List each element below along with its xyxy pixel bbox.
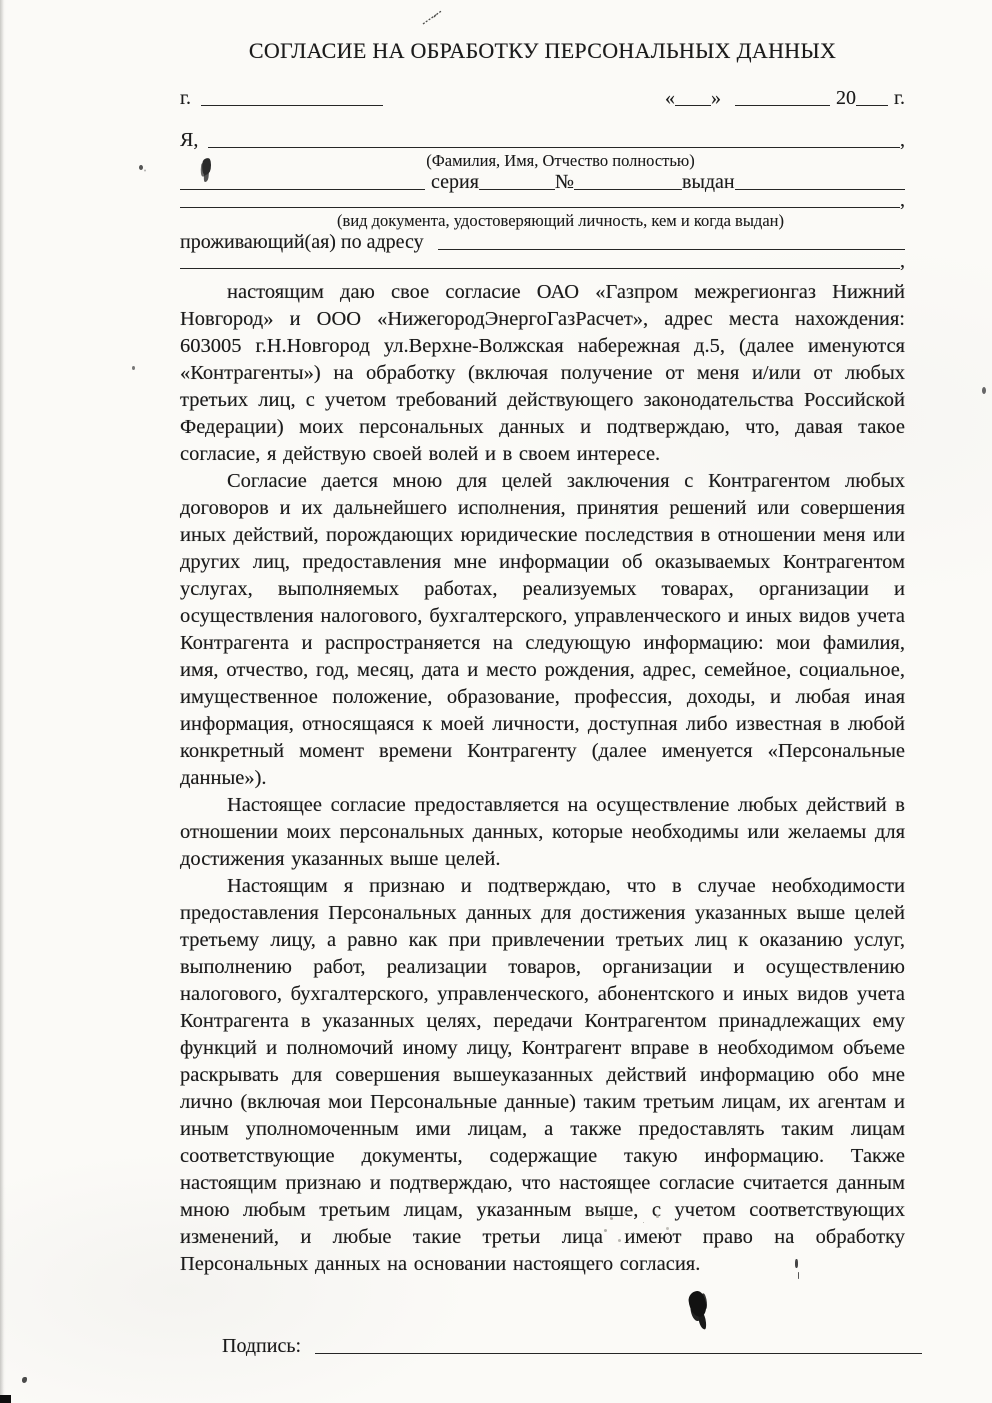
number-blank-field [574,187,682,190]
city-blank-field [201,103,383,106]
series-blank-field [479,187,555,190]
signature-line: Подпись: [222,1330,922,1358]
year-suffix: г. [894,86,905,110]
document-info-blank-field [180,205,900,208]
document-type-blank-field [180,187,425,190]
passport-caption: (вид документа, удостоверяющий личность,… [180,212,905,230]
name-prefix: Я, [180,128,198,152]
address-blank-field [438,247,905,250]
address-continuation-blank-field [180,266,900,269]
issued-by-blank-field [735,187,905,190]
document-info-line: , [180,194,905,212]
day-quote-close: » [711,86,721,110]
name-trailing-comma: , [900,128,905,152]
document-page: СОГЛАСИЕ НА ОБРАБОТКУ ПЕРСОНАЛЬНЫХ ДАННЫ… [0,0,992,1403]
paragraph-third-parties: Настоящим я признаю и подтверждаю, что в… [180,873,905,1278]
name-caption: (Фамилия, Имя, Отчество полностью) [180,152,905,170]
address-trailing-comma: , [900,249,905,273]
paragraph-consent-purposes: Согласие дается мною для целей заключени… [180,468,905,792]
date-line: г. « » 20 г. [180,84,905,110]
signature-blank-field [315,1351,922,1354]
paragraph-consent-scope: Настоящее согласие предоставляется на ос… [180,792,905,873]
scanned-document: { "doc": { "title": "СОГЛАСИЕ НА ОБРАБОТ… [0,0,992,1403]
name-line: Я, , [180,126,905,152]
document-info-comma: , [900,188,905,212]
address-continuation-line: , [180,254,905,273]
signature-label: Подпись: [222,1334,301,1358]
day-quote-open: « [665,86,675,110]
number-label: № [555,170,574,194]
name-blank-field [208,145,900,148]
consent-body: настоящим даю свое согласие ОАО «Газпром… [180,279,905,1278]
city-label: г. [180,86,191,110]
year-blank-field [856,103,888,106]
passport-line: серия № выдан [180,170,905,194]
paragraph-consent-grant: настоящим даю свое согласие ОАО «Газпром… [180,279,905,468]
issued-label: выдан [682,170,735,194]
document-title: СОГЛАСИЕ НА ОБРАБОТКУ ПЕРСОНАЛЬНЫХ ДАННЫ… [180,38,905,64]
day-blank-field [675,103,711,106]
address-label: проживающий(ая) по адресу [180,230,424,254]
year-prefix: 20 [836,86,856,110]
series-label: серия [431,170,479,194]
month-blank-field [735,103,830,106]
address-line: проживающий(ая) по адресу [180,232,905,254]
